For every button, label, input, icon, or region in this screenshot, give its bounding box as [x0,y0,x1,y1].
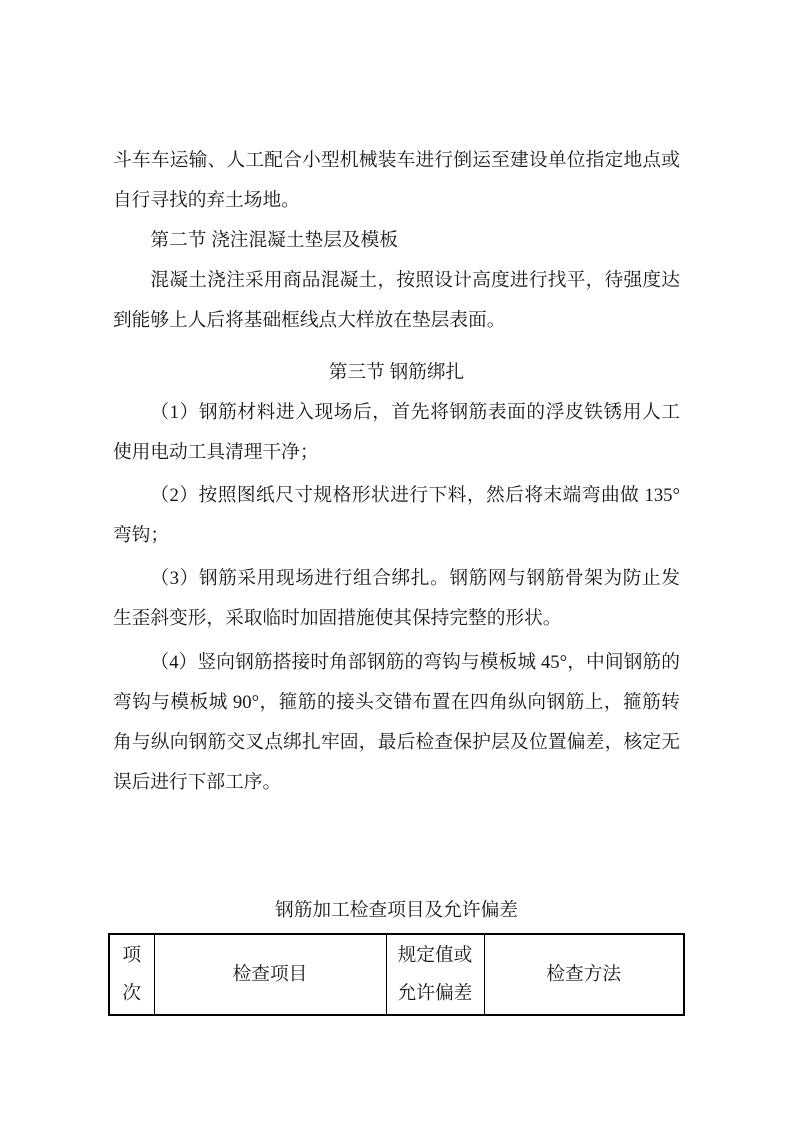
table-title: 钢筋加工检查项目及允许偏差 [113,891,680,931]
column-header-item-no: 项 次 [109,934,154,1015]
section-2-paragraph: 混凝土浇注采用商品混凝土，按照设计高度进行找平，待强度达到能够上人后将基础框线点… [113,261,680,341]
document-page: 斗车车运输、人工配合小型机械装车进行倒运至建设单位指定地点或自行寻找的弃土场地。… [0,0,793,1122]
column-header-check-item: 检查项目 [154,934,386,1015]
inspection-table: 项 次 检查项目 规定值或 允许偏差 检查方法 [108,933,685,1016]
paragraph-continued: 斗车车运输、人工配合小型机械装车进行倒运至建设单位指定地点或自行寻找的弃土场地。 [113,141,680,221]
list-item-2: （2）按照图纸尺寸规格形状进行下料，然后将末端弯曲做 135°弯钩； [113,476,680,556]
page-content: 斗车车运输、人工配合小型机械装车进行倒运至建设单位指定地点或自行寻找的弃土场地。… [0,0,793,1016]
list-item-4: （4）竖向钢筋搭接时角部钢筋的弯钩与模板城 45°，中间钢筋的弯钩与模板城 90… [113,643,680,803]
column-header-check-method: 检查方法 [484,934,684,1015]
list-item-3: （3）钢筋采用现场进行组合绑扎。钢筋网与钢筋骨架为防止发生歪斜变形，采取临时加固… [113,559,680,639]
table-header-row: 项 次 检查项目 规定值或 允许偏差 检查方法 [109,934,684,1015]
section-2-heading: 第二节 浇注混凝土垫层及模板 [113,221,680,261]
section-3-heading: 第三节 钢筋绑扎 [113,353,680,393]
list-item-1: （1）钢筋材料进入现场后，首先将钢筋表面的浮皮铁锈用人工使用电动工具清理干净； [113,393,680,473]
column-header-allowed-deviation: 规定值或 允许偏差 [386,934,484,1015]
